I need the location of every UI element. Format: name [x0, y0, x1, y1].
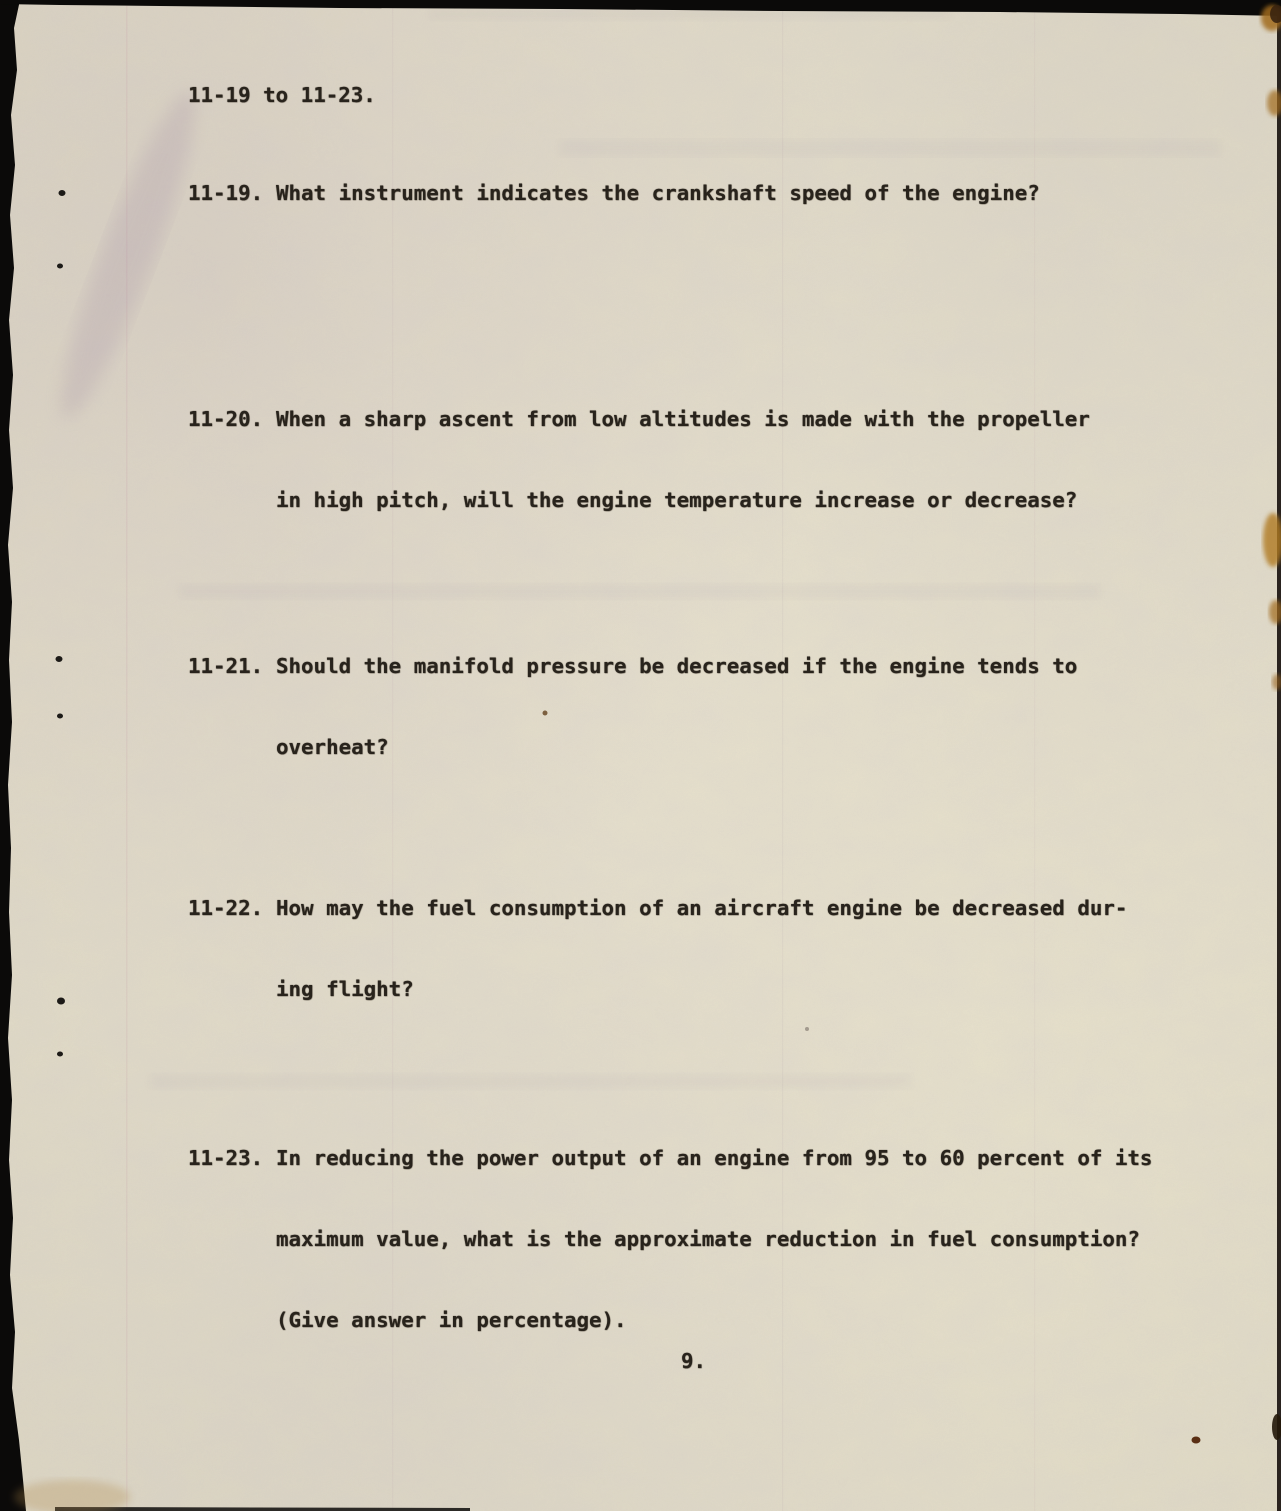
- question-text: In reducing the power output of an engin…: [276, 1146, 1152, 1170]
- question-number: 11-22.: [188, 895, 276, 922]
- question-11-20: 11-20.When a sharp ascent from low altit…: [188, 352, 1090, 568]
- question-text: What instrument indicates the crankshaft…: [276, 181, 1040, 205]
- question-line: ing flight?: [188, 976, 1127, 1003]
- question-line: 11-19.What instrument indicates the cran…: [188, 180, 1040, 207]
- question-line: in high pitch, will the engine temperatu…: [188, 487, 1090, 514]
- page-number: 9.: [681, 1348, 706, 1375]
- question-line: 11-23.In reducing the power output of an…: [188, 1145, 1152, 1172]
- question-number: 11-20.: [188, 406, 276, 433]
- question-line: (Give answer in percentage).: [188, 1307, 1152, 1334]
- question-line: 11-21.Should the manifold pressure be de…: [188, 653, 1077, 680]
- question-text: When a sharp ascent from low altitudes i…: [276, 407, 1090, 431]
- scanned-document-page: 11-19 to 11-23. 11-19.What instrument in…: [0, 0, 1281, 1511]
- question-text: How may the fuel consumption of an aircr…: [276, 896, 1127, 920]
- question-11-22: 11-22.How may the fuel consumption of an…: [188, 841, 1127, 1057]
- question-number: 11-23.: [188, 1145, 276, 1172]
- question-line: 11-20.When a sharp ascent from low altit…: [188, 406, 1090, 433]
- question-11-23: 11-23.In reducing the power output of an…: [188, 1091, 1152, 1388]
- question-line: maximum value, what is the approximate r…: [188, 1226, 1152, 1253]
- range-heading: 11-19 to 11-23.: [188, 82, 376, 109]
- question-11-21: 11-21.Should the manifold pressure be de…: [188, 599, 1077, 815]
- question-number: 11-19.: [188, 180, 276, 207]
- question-11-19: 11-19.What instrument indicates the cran…: [188, 126, 1040, 261]
- question-text: Should the manifold pressure be decrease…: [276, 654, 1077, 678]
- question-line: overheat?: [188, 734, 1077, 761]
- question-number: 11-21.: [188, 653, 276, 680]
- question-line: 11-22.How may the fuel consumption of an…: [188, 895, 1127, 922]
- typewritten-text-layer: 11-19 to 11-23. 11-19.What instrument in…: [0, 0, 1281, 1511]
